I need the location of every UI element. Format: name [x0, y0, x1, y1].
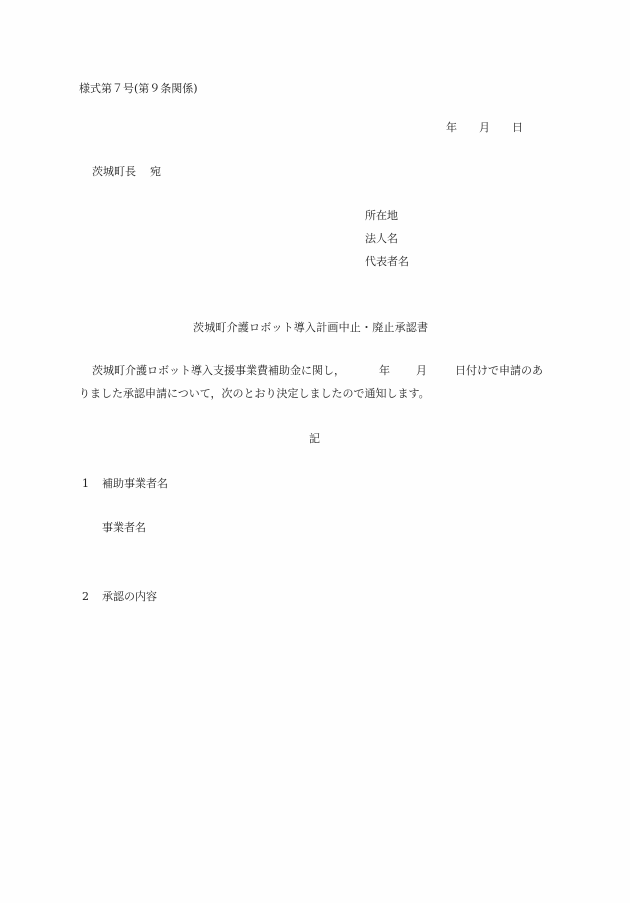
body-text-2: 日付けで申請のあ	[455, 364, 543, 377]
month-label: 月	[479, 121, 490, 135]
item-1-label: 補助事業者名	[102, 477, 168, 490]
item-2-label: 承認の内容	[102, 590, 157, 603]
date-line: 年月日	[446, 121, 523, 135]
addressee: 茨城町長宛	[92, 165, 161, 179]
item-2: 2承認の内容	[82, 590, 157, 604]
body-text-1: 茨城町介護ロボット導入支援事業費補助金に関し，	[92, 364, 345, 377]
form-number: 様式第７号(第９条関係)	[79, 82, 198, 96]
item-1-sub-label: 事業者名	[102, 521, 146, 535]
body-month: 月	[416, 364, 427, 377]
item-1-number: 1	[82, 477, 102, 491]
ki-heading: 記	[309, 432, 320, 446]
sender-address-label: 所在地	[365, 209, 398, 223]
body-line-1: 茨城町介護ロボット導入支援事業費補助金に関し，年月日付けで申請のあ	[92, 364, 543, 378]
body-year: 年	[379, 364, 390, 377]
sender-representative-label: 代表者名	[365, 255, 409, 269]
sender-corporation-label: 法人名	[365, 232, 398, 246]
body-line-2: りました承認申請について，次のとおり決定しましたので通知します。	[79, 387, 430, 401]
item-1: 1補助事業者名	[82, 477, 168, 491]
year-label: 年	[446, 121, 457, 135]
document-title: 茨城町介護ロボット導入計画中止・廃止承認書	[193, 321, 428, 335]
item-2-number: 2	[82, 590, 102, 604]
addressee-name: 茨城町長	[92, 165, 136, 178]
addressee-suffix: 宛	[150, 165, 161, 178]
day-label: 日	[512, 121, 523, 135]
